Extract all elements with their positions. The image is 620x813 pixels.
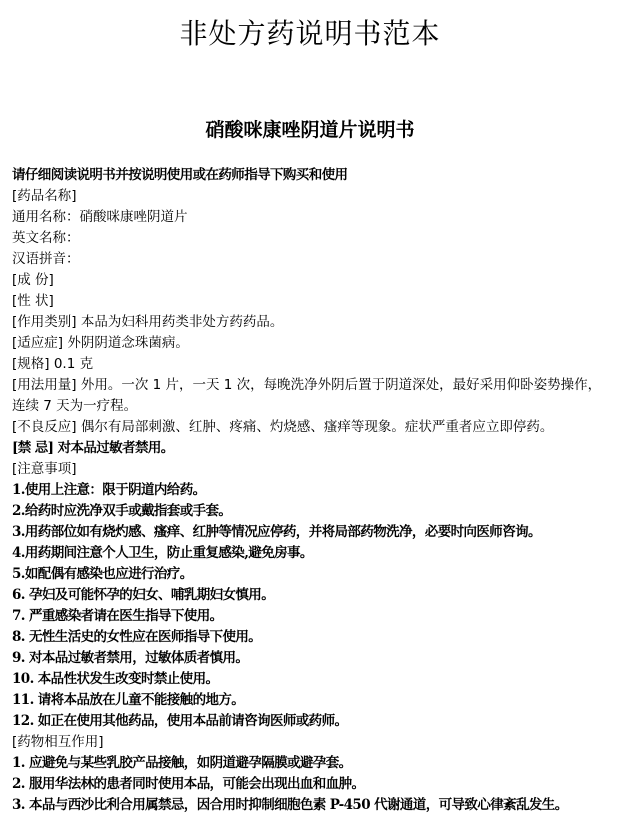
dosage-section: [用法用量] 外用。一次 1 片，一天 1 次，每晚洗净外阴后置于阴道深处，最好… bbox=[12, 375, 612, 417]
dosage-text: 外用。一次 1 片，一天 1 次，每晚洗净外阴后置于阴道深处，最好采用仰卧姿势操… bbox=[12, 377, 601, 414]
generic-name: 通用名称：硝酸咪康唑阴道片 bbox=[12, 207, 612, 228]
adverse-reactions-text: 偶尔有局部刺激、红肿、疼痛、灼烧感、瘙痒等现象。症状严重者应立即停药。 bbox=[77, 419, 554, 435]
precaution-item: 12. 如正在使用其他药品，使用本品前请咨询医师或药师。 bbox=[12, 711, 612, 732]
specification-section: [规格] 0.1 克 bbox=[12, 354, 612, 375]
indication-section: [适应症] 外阴阴道念珠菌病。 bbox=[12, 333, 612, 354]
precaution-item: 1.使用上注意：限于阴道内给药。 bbox=[12, 480, 612, 501]
contraindications-section: [禁 忌] 对本品过敏者禁用。 bbox=[12, 438, 612, 459]
dosage-label: [用法用量] bbox=[12, 377, 77, 393]
leaflet-title: 硝酸咪康唑阴道片说明书 bbox=[0, 116, 620, 144]
pinyin-name: 汉语拼音： bbox=[12, 249, 612, 270]
english-name: 英文名称： bbox=[12, 228, 612, 249]
drug-name-label: [药品名称] bbox=[12, 186, 612, 207]
precaution-item: 10. 本品性状发生改变时禁止使用。 bbox=[12, 669, 612, 690]
category-section: [作用类别] 本品为妇科用药类非处方药药品。 bbox=[12, 312, 612, 333]
precaution-item: 4.用药期间注意个人卫生，防止重复感染,避免房事。 bbox=[12, 543, 612, 564]
indication-label: [适应症] bbox=[12, 335, 63, 351]
precaution-item: 6. 孕妇及可能怀孕的妇女、哺乳期妇女慎用。 bbox=[12, 585, 612, 606]
precaution-item: 11. 请将本品放在儿童不能接触的地方。 bbox=[12, 690, 612, 711]
category-text: 本品为妇科用药类非处方药药品。 bbox=[77, 314, 284, 330]
description-label: [性 状] bbox=[12, 291, 612, 312]
adverse-reactions-section: [不良反应] 偶尔有局部刺激、红肿、疼痛、灼烧感、瘙痒等现象。症状严重者应立即停… bbox=[12, 417, 612, 438]
interaction-item: 2. 服用华法林的患者同时使用本品，可能会出现出血和血肿。 bbox=[12, 774, 612, 795]
adverse-reactions-label: [不良反应] bbox=[12, 419, 77, 435]
usage-notice: 请仔细阅读说明书并按说明使用或在药师指导下购买和使用 bbox=[12, 165, 612, 186]
precaution-item: 8. 无性生活史的女性应在医师指导下使用。 bbox=[12, 627, 612, 648]
contraindications-text: 对本品过敏者禁用。 bbox=[53, 440, 173, 456]
composition-label: [成 份] bbox=[12, 270, 612, 291]
contraindications-label: [禁 忌] bbox=[12, 440, 53, 456]
interactions-label: [药物相互作用] bbox=[12, 732, 612, 753]
specification-text: 0.1 克 bbox=[50, 356, 94, 372]
precaution-item: 3.用药部位如有烧灼感、瘙痒、红肿等情况应停药，并将局部药物洗净，必要时向医师咨… bbox=[12, 522, 612, 543]
indication-text: 外阴阴道念珠菌病。 bbox=[63, 335, 189, 351]
precautions-label: [注意事项] bbox=[12, 459, 612, 480]
document-title: 非处方药说明书范本 bbox=[0, 14, 620, 54]
precaution-item: 5.如配偶有感染也应进行治疗。 bbox=[12, 564, 612, 585]
category-label: [作用类别] bbox=[12, 314, 77, 330]
precaution-item: 7. 严重感染者请在医生指导下使用。 bbox=[12, 606, 612, 627]
interaction-item: 1. 应避免与某些乳胶产品接触，如阴道避孕隔膜或避孕套。 bbox=[12, 753, 612, 774]
specification-label: [规格] bbox=[12, 356, 50, 372]
interaction-item: 3. 本品与西沙比利合用属禁忌，因合用时抑制细胞色素 P-450 代谢通道，可导… bbox=[12, 795, 612, 813]
precaution-item: 2.给药时应洗净双手或戴指套或手套。 bbox=[12, 501, 612, 522]
precaution-item: 9. 对本品过敏者禁用，过敏体质者慎用。 bbox=[12, 648, 612, 669]
leaflet-body: 请仔细阅读说明书并按说明使用或在药师指导下购买和使用 [药品名称] 通用名称：硝… bbox=[12, 165, 612, 813]
